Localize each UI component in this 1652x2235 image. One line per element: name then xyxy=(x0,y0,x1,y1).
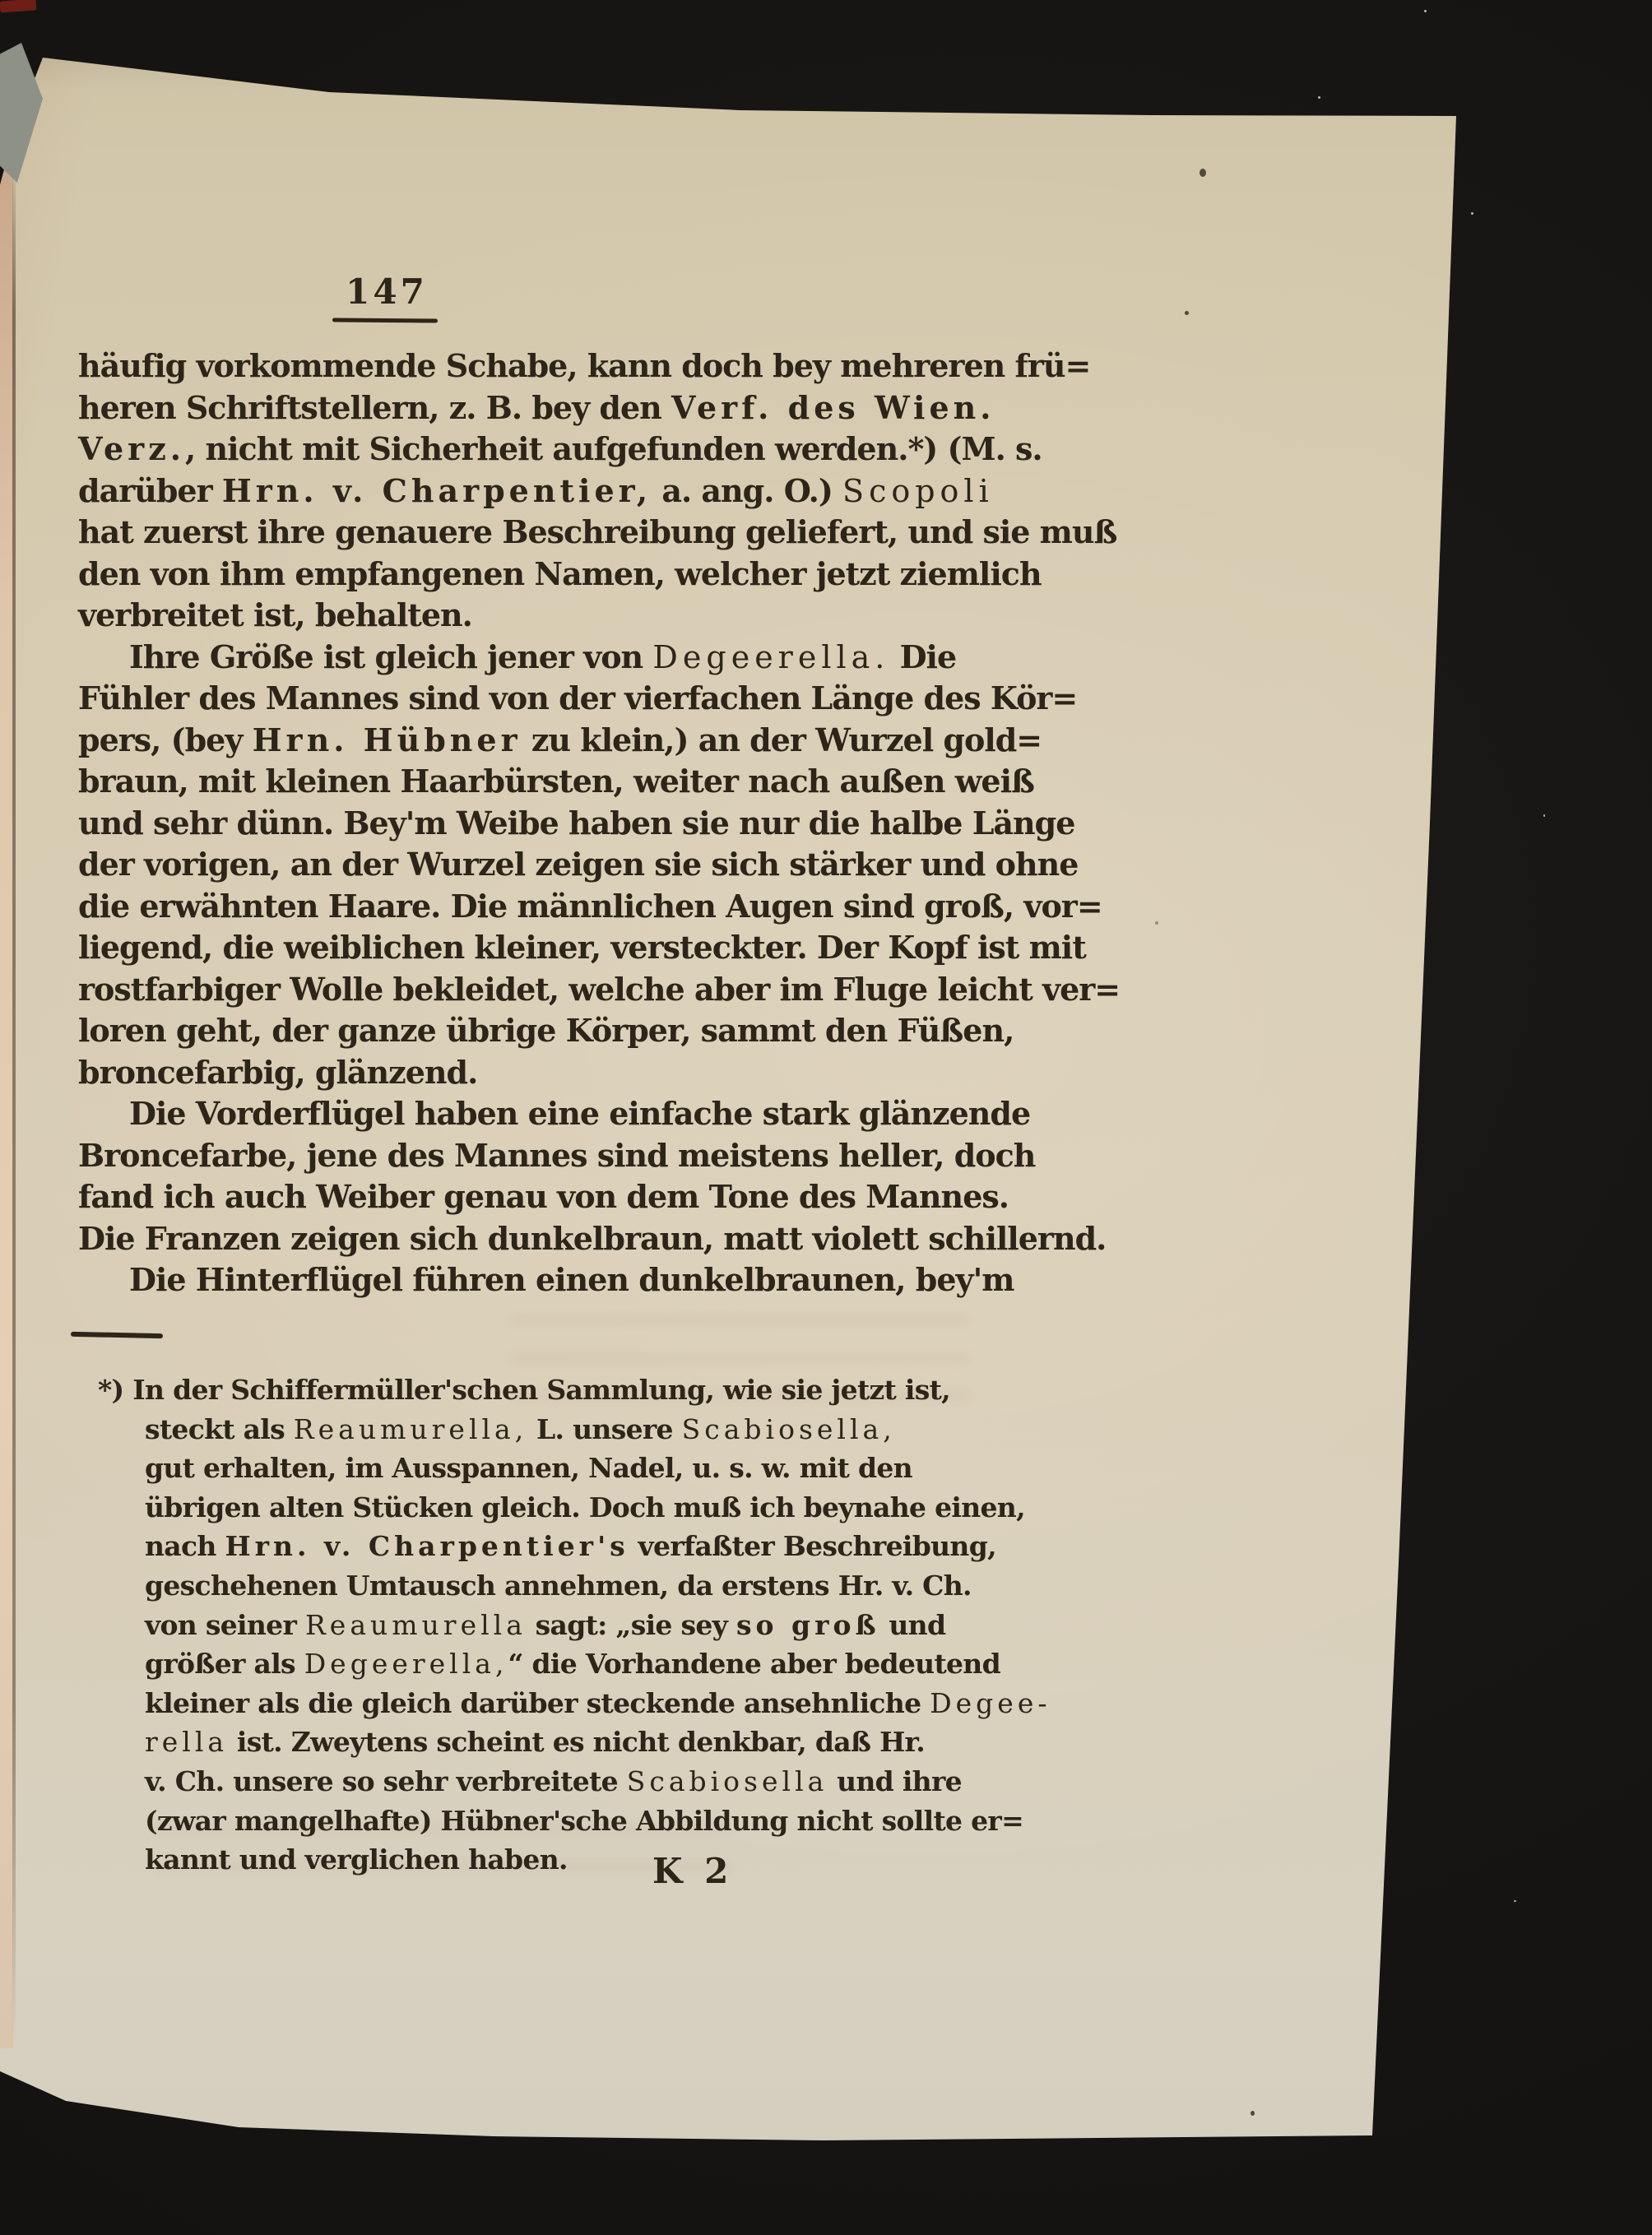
text-line: Die Hinterflügel führen einen dunkelbrau… xyxy=(78,1259,909,1301)
text-line: *) In der Schiffermüller'schen Sammlung,… xyxy=(98,1370,918,1410)
scan-background: 147 häufig vorkommende Schabe, kann doch… xyxy=(0,0,1652,2235)
text-line: Verz., nicht mit Sicherheit aufgefunden … xyxy=(78,429,909,471)
text-segment: rella xyxy=(145,1726,228,1758)
text-line: die erwähnten Haare. Die männlichen Auge… xyxy=(78,886,909,928)
text-segment: sagt: „sie sey xyxy=(527,1609,736,1641)
text-segment: und ihre xyxy=(828,1765,962,1797)
text-segment: hat zuerst ihre genauere Beschreibung ge… xyxy=(78,513,1116,550)
text-line: den von ihm empfangenen Namen, welcher j… xyxy=(78,554,909,596)
book-page: 147 häufig vorkommende Schabe, kann doch… xyxy=(0,0,1652,2235)
text-segment: kannt und verglichen haben. xyxy=(145,1843,568,1876)
text-line: v. Ch. unsere so sehr verbreitete Scabio… xyxy=(145,1762,918,1801)
text-segment: nach xyxy=(145,1530,225,1562)
text-segment: Hrn. v. Charpentier's xyxy=(225,1530,629,1562)
text-line: heren Schriftstellern, z. B. bey den Ver… xyxy=(78,387,909,429)
text-segment: so groß xyxy=(736,1609,880,1641)
text-segment: heren Schriftstellern, z. B. bey den xyxy=(78,389,671,426)
text-segment: häufig vorkommende Schabe, kann doch bey… xyxy=(78,347,1090,384)
text-segment: zu klein,) an der Wurzel gold= xyxy=(522,721,1042,758)
text-line: nach Hrn. v. Charpentier's verfaßter Bes… xyxy=(145,1527,918,1566)
signature-mark: K 2 xyxy=(652,1851,733,1891)
text-line: und sehr dünn. Bey'm Weibe haben sie nur… xyxy=(78,803,909,845)
dust-speck xyxy=(1424,10,1427,12)
text-line: rella ist. Zweytens scheint es nicht den… xyxy=(145,1723,918,1762)
text-segment: geschehenen Umtausch annehmen, da ersten… xyxy=(145,1570,972,1602)
text-segment: die erwähnten Haare. Die männlichen Auge… xyxy=(78,888,1102,925)
text-segment: Ihre Größe ist gleich jener von xyxy=(129,638,652,675)
text-line: Die Vorderflügel haben eine einfache sta… xyxy=(78,1093,909,1135)
text-segment: Degeerella. xyxy=(652,639,889,675)
text-segment: (zwar mangelhafte) Hübner'sche Abbildung… xyxy=(145,1805,1023,1837)
text-segment: Reaumurella xyxy=(305,1609,527,1641)
paragraph: Die Vorderflügel haben eine einfache sta… xyxy=(78,1093,909,1259)
text-segment: braun, mit kleinen Haarbürsten, weiter n… xyxy=(78,763,1034,800)
footnote-rule xyxy=(71,1332,163,1338)
dust-speck xyxy=(1514,1900,1516,1902)
text-segment: verfaßter Beschreibung, xyxy=(629,1530,996,1562)
text-segment: Die Franzen zeigen sich dunkelbraun, mat… xyxy=(78,1220,1106,1257)
dust-speck xyxy=(1185,311,1189,315)
text-segment: und xyxy=(880,1609,946,1641)
text-segment: verbreitet ist, behalten. xyxy=(78,596,472,633)
text-line: gut erhalten, im Ausspannen, Nadel, u. s… xyxy=(145,1449,918,1488)
text-line: Ihre Größe ist gleich jener von Degeerel… xyxy=(78,637,909,679)
text-segment: Verf. des Wien. xyxy=(671,389,995,426)
text-segment: übrigen alten Stücken gleich. Doch muß i… xyxy=(145,1491,1025,1523)
text-segment: steckt als xyxy=(145,1413,294,1445)
text-segment: Hrn. Hübner xyxy=(253,721,522,758)
text-segment: Die Hinterflügel führen einen dunkelbrau… xyxy=(129,1261,1014,1298)
text-line: broncefarbig, glänzend. xyxy=(78,1052,909,1094)
text-segment: Die Vorderflügel haben eine einfache sta… xyxy=(129,1095,1030,1132)
text-segment: fand ich auch Weiber genau von dem Tone … xyxy=(78,1178,1009,1215)
text-segment: Scabiosella, xyxy=(682,1413,896,1445)
body-text: häufig vorkommende Schabe, kann doch bey… xyxy=(78,345,909,1301)
text-segment: *) In der Schiffermüller'schen Sammlung,… xyxy=(98,1374,950,1406)
text-line: häufig vorkommende Schabe, kann doch bey… xyxy=(78,345,909,387)
footnote-text: *) In der Schiffermüller'schen Sammlung,… xyxy=(145,1370,918,1880)
dust-speck xyxy=(1318,96,1320,99)
text-line: hat zuerst ihre genauere Beschreibung ge… xyxy=(78,512,909,554)
text-line: der vorigen, an der Wurzel zeigen sie si… xyxy=(78,844,909,886)
dust-speck xyxy=(1251,2111,1255,2116)
text-line: größer als Degeerella,“ die Vorhandene a… xyxy=(145,1644,918,1684)
text-line: übrigen alten Stücken gleich. Doch muß i… xyxy=(145,1488,918,1528)
text-segment: v. Ch. unsere so sehr verbreitete xyxy=(145,1765,627,1797)
text-segment: broncefarbig, glänzend. xyxy=(78,1054,477,1091)
text-segment: Scabiosella xyxy=(627,1765,828,1797)
dust-speck xyxy=(1471,212,1473,215)
text-segment: der vorigen, an der Wurzel zeigen sie si… xyxy=(78,846,1078,883)
text-segment: von seiner xyxy=(145,1609,305,1641)
page-number-rule xyxy=(332,318,438,322)
paragraph: Ihre Größe ist gleich jener von Degeerel… xyxy=(78,637,909,1094)
text-segment: Die xyxy=(889,638,956,675)
text-line: rostfarbiger Wolle bekleidet, welche abe… xyxy=(78,969,909,1011)
dust-speck xyxy=(1200,169,1206,177)
text-line: Fühler des Mannes sind von der vierfache… xyxy=(78,678,909,720)
text-line: Die Franzen zeigen sich dunkelbraun, mat… xyxy=(78,1218,909,1260)
text-segment: pers, (bey xyxy=(78,721,253,758)
text-line: kannt und verglichen haben. xyxy=(145,1840,918,1880)
paragraph: häufig vorkommende Schabe, kann doch bey… xyxy=(78,345,909,637)
text-segment: und sehr dünn. Bey'm Weibe haben sie nur… xyxy=(78,805,1074,842)
binding-crease xyxy=(12,160,16,2044)
text-line: liegend, die weiblichen kleiner, verstec… xyxy=(78,927,909,969)
text-segment: Scopoli xyxy=(842,473,994,509)
dust-speck xyxy=(1155,921,1158,925)
text-line: von seiner Reaumurella sagt: „sie sey so… xyxy=(145,1606,918,1645)
text-segment: kleiner als die gleich darüber steckende… xyxy=(145,1687,930,1719)
text-segment: Verz. xyxy=(78,430,185,467)
text-segment: gut erhalten, im Ausspannen, Nadel, u. s… xyxy=(145,1452,912,1484)
text-line: Broncefarbe, jene des Mannes sind meiste… xyxy=(78,1135,909,1177)
page-edge-strip xyxy=(0,123,13,2048)
text-segment: Degeerella, xyxy=(304,1648,508,1680)
text-segment: a. ang. O.) xyxy=(652,472,842,509)
text-segment: ist. Zweytens scheint es nicht denkbar, … xyxy=(228,1726,925,1758)
text-segment: liegend, die weiblichen kleiner, verstec… xyxy=(78,929,1086,966)
text-segment: L. unsere xyxy=(527,1413,681,1445)
paragraph: Die Hinterflügel führen einen dunkelbrau… xyxy=(78,1259,909,1301)
text-segment: Fühler des Mannes sind von der vierfache… xyxy=(78,679,1077,716)
text-segment: Hrn. v. Charpentier, xyxy=(222,472,652,509)
text-line: pers, (bey Hrn. Hübner zu klein,) an der… xyxy=(78,720,909,762)
page-number: 147 xyxy=(313,271,461,312)
red-edge-mark xyxy=(0,0,36,13)
text-segment: Degee- xyxy=(930,1687,1051,1719)
text-line: darüber Hrn. v. Charpentier, a. ang. O.)… xyxy=(78,471,909,512)
text-line: kleiner als die gleich darüber steckende… xyxy=(145,1684,918,1723)
text-segment: rostfarbiger Wolle bekleidet, welche abe… xyxy=(78,971,1120,1008)
text-segment: Broncefarbe, jene des Mannes sind meiste… xyxy=(78,1137,1035,1174)
text-line: loren geht, der ganze übrige Körper, sam… xyxy=(78,1010,909,1052)
text-segment: darüber xyxy=(78,472,222,509)
text-segment: “ die Vorhandene aber bedeutend xyxy=(508,1648,1000,1680)
text-line: braun, mit kleinen Haarbürsten, weiter n… xyxy=(78,761,909,803)
text-line: steckt als Reaumurella, L. unsere Scabio… xyxy=(145,1410,918,1449)
text-line: verbreitet ist, behalten. xyxy=(78,595,909,637)
text-line: (zwar mangelhafte) Hübner'sche Abbildung… xyxy=(145,1801,918,1841)
text-segment: größer als xyxy=(145,1648,304,1680)
text-segment: , nicht mit Sicherheit aufgefunden werde… xyxy=(185,430,1042,467)
text-segment: Reaumurella, xyxy=(294,1413,527,1445)
text-segment: loren geht, der ganze übrige Körper, sam… xyxy=(78,1012,1014,1049)
dust-speck xyxy=(1543,814,1545,817)
text-line: fand ich auch Weiber genau von dem Tone … xyxy=(78,1176,909,1218)
text-line: geschehenen Umtausch annehmen, da ersten… xyxy=(145,1566,918,1606)
text-segment: den von ihm empfangenen Namen, welcher j… xyxy=(78,555,1042,592)
